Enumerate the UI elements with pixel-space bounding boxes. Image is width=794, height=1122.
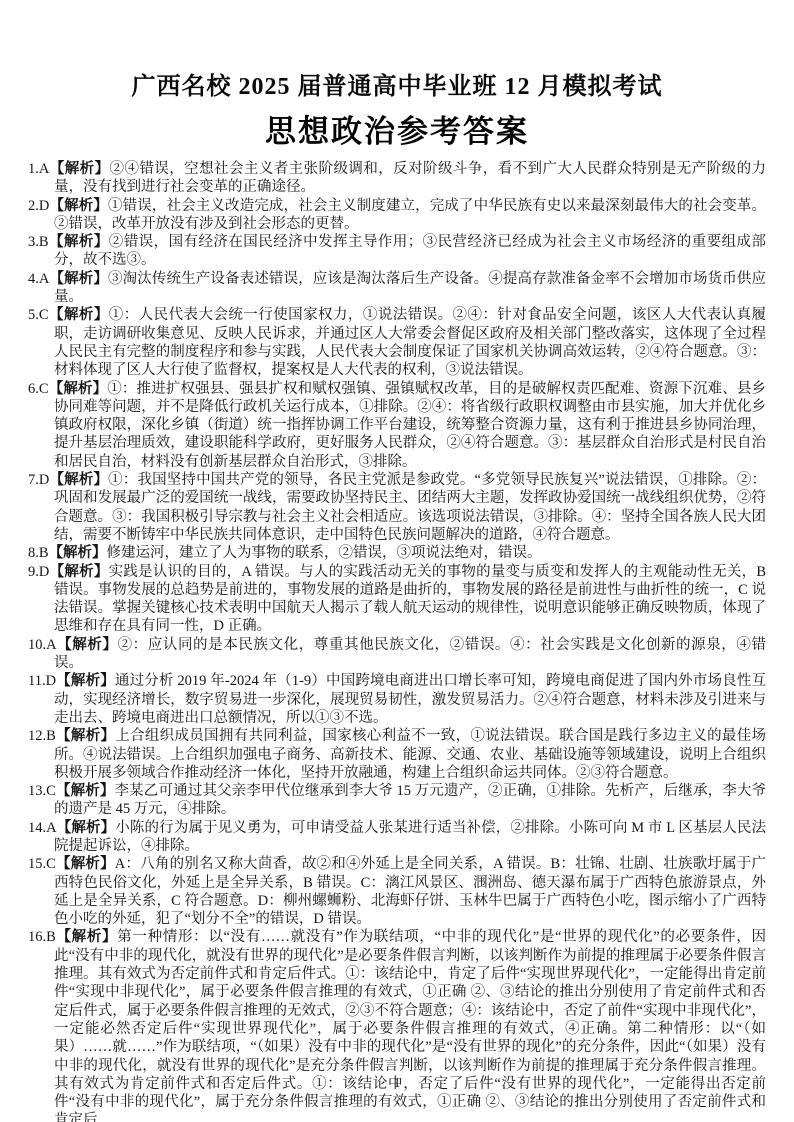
answer-number: 7.D xyxy=(28,472,49,488)
answer-number: 14.A xyxy=(28,820,57,836)
answer-number: 11.D xyxy=(28,673,56,689)
answer-number: 8.B xyxy=(28,545,49,561)
answer-text: 第一种情形：以“没有……就没有”作为联结项，“中非的现代化”是“世界的现代化”的… xyxy=(54,929,766,1122)
answer-text: 上合组织成员国拥有共同利益，国家核心利益不一致，①说法错误。联合国是践行多边主义… xyxy=(54,728,766,781)
answer-item-8: 8.B【解析】修建运河，建立了人为事物的联系，②错误，③项说法绝对，错误。 xyxy=(28,544,766,562)
analysis-marker: 【解析】 xyxy=(56,728,115,744)
answer-item-2: 2.D【解析】①错误，社会主义改造完成，社会主义制度建立，完成了中华民族有史以来… xyxy=(28,197,766,234)
answer-text: 小陈的行为属于见义勇为，可申请受益人张某进行适当补偿，②排除。小陈可向 M 市 … xyxy=(54,820,766,854)
answer-text: ②错误，国有经济在国民经济中发挥主导作用；③民营经济已经成为社会主义市场经济的重… xyxy=(54,234,766,268)
answer-item-13: 13.C【解析】李某乙可通过其父亲李甲代位继承到李大爷 15 万元遗产，②正确，… xyxy=(28,782,766,819)
answer-number: 1.A xyxy=(28,161,49,177)
analysis-marker: 【解析】 xyxy=(49,381,108,397)
answer-item-10: 10.A【解析】②：应认同的是本民族文化，尊重其他民族文化，②错误。④：社会实践… xyxy=(28,636,766,673)
answer-item-3: 3.B【解析】②错误，国有经济在国民经济中发挥主导作用；③民营经济已经成为社会主… xyxy=(28,233,766,270)
answers-list: 1.A【解析】②④错误，空想社会主义者主张阶级调和，反对阶级斗争，看不到广大人民… xyxy=(28,160,766,1122)
answer-text: ①错误，社会主义改造完成，社会主义制度建立，完成了中华民族有史以来最深刻最伟大的… xyxy=(54,198,766,232)
answer-number: 5.C xyxy=(28,307,49,323)
answer-item-15: 15.C【解析】A：八角的别名又称大茴香，故②和④外延上是全同关系，A 错误。B… xyxy=(28,855,766,928)
analysis-marker: 【解析】 xyxy=(49,198,108,214)
answer-item-12: 12.B【解析】上合组织成员国拥有共同利益，国家核心利益不一致，①说法错误。联合… xyxy=(28,727,766,782)
answer-number: 2.D xyxy=(28,198,49,214)
analysis-marker: 【解析】 xyxy=(56,929,117,945)
analysis-marker: 【解析】 xyxy=(49,472,108,488)
answer-item-6: 6.C【解析】①：推进扩权强县、强县扩权和赋权强镇、强镇赋权改革，目的是破解权责… xyxy=(28,380,766,471)
answer-number: 6.C xyxy=(28,381,49,397)
answer-text: 通过分析 2019 年-2024 年（1-9）中国跨境电商进出口增长率可知，跨境… xyxy=(54,673,766,726)
answer-item-11: 11.D【解析】通过分析 2019 年-2024 年（1-9）中国跨境电商进出口… xyxy=(28,672,766,727)
analysis-marker: 【解析】 xyxy=(56,783,115,799)
answer-item-7: 7.D【解析】①：我国坚持中国共产党的领导，各民主党派是参政党。“多党领导民族复… xyxy=(28,471,766,544)
answer-number: 10.A xyxy=(28,637,57,653)
answer-text: ①：我国坚持中国共产党的领导，各民主党派是参政党。“多党领导民族复兴”说法错误，… xyxy=(54,472,766,543)
analysis-marker: 【解析】 xyxy=(49,161,109,177)
analysis-marker: 【解析】 xyxy=(49,545,107,561)
analysis-marker: 【解析】 xyxy=(49,564,108,580)
answer-number: 3.B xyxy=(28,234,49,250)
page-title: 广西名校 2025 届普通高中毕业班 12 月模拟考试 xyxy=(28,66,766,101)
analysis-marker: 【解析】 xyxy=(56,673,115,689)
answer-item-14: 14.A【解析】小陈的行为属于见义勇为，可申请受益人张某进行适当补偿，②排除。小… xyxy=(28,819,766,856)
answer-text: ②：应认同的是本民族文化，尊重其他民族文化，②错误。④：社会实践是文化创新的源泉… xyxy=(54,637,766,671)
answer-number: 12.B xyxy=(28,728,56,744)
page-subtitle: 思想政治参考答案 xyxy=(28,106,766,151)
document-page: 广西名校 2025 届普通高中毕业班 12 月模拟考试 思想政治参考答案 1.A… xyxy=(0,0,794,1122)
analysis-marker: 【解析】 xyxy=(49,307,109,323)
answer-text: ②④错误，空想社会主义者主张阶级调和，反对阶级斗争，看不到广大人民群众特别是无产… xyxy=(54,161,766,195)
answer-text: 修建运河，建立了人为事物的联系，②错误，③项说法绝对，错误。 xyxy=(107,545,542,561)
answer-number: 4.A xyxy=(28,271,49,287)
page-content: 广西名校 2025 届普通高中毕业班 12 月模拟考试 思想政治参考答案 1.A… xyxy=(0,0,794,1122)
analysis-marker: 【解析】 xyxy=(49,271,108,287)
answer-item-9: 9.D【解析】实践是认识的目的，A 错误。与人的实践活动无关的事物的量变与质变和… xyxy=(28,563,766,636)
answer-text: 实践是认识的目的，A 错误。与人的实践活动无关的事物的量变与质变和发挥人的主观能… xyxy=(54,564,766,635)
page-number: 1 xyxy=(0,1076,794,1092)
answer-text: ①：人民代表大会统一行使国家权力，①说法错误。②④：针对食品安全问题，该区人大代… xyxy=(54,307,766,378)
analysis-marker: 【解析】 xyxy=(57,637,118,653)
answer-number: 16.B xyxy=(28,929,56,945)
answer-number: 13.C xyxy=(28,783,56,799)
answer-text: A：八角的别名又称大茴香，故②和④外延上是全同关系，A 错误。B：壮锦、壮剧、壮… xyxy=(54,856,766,927)
answer-item-1: 1.A【解析】②④错误，空想社会主义者主张阶级调和，反对阶级斗争，看不到广大人民… xyxy=(28,160,766,197)
analysis-marker: 【解析】 xyxy=(56,856,115,872)
answer-item-5: 5.C【解析】①：人民代表大会统一行使国家权力，①说法错误。②④：针对食品安全问… xyxy=(28,306,766,379)
analysis-marker: 【解析】 xyxy=(57,820,116,836)
answer-text: ③淘汰传统生产设备表述错误，应该是淘汰落后生产设备。④提高存款准备金率不会增加市… xyxy=(54,271,766,305)
answer-text: 李某乙可通过其父亲李甲代位继承到李大爷 15 万元遗产，②正确，①排除。先析产，… xyxy=(54,783,766,817)
answer-number: 15.C xyxy=(28,856,56,872)
answer-item-16: 16.B【解析】第一种情形：以“没有……就没有”作为联结项，“中非的现代化”是“… xyxy=(28,928,766,1122)
analysis-marker: 【解析】 xyxy=(49,234,109,250)
answer-number: 9.D xyxy=(28,564,49,580)
answer-text: ①：推进扩权强县、强县扩权和赋权强镇、强镇赋权改革，目的是破解权责匹配难、资源下… xyxy=(54,381,766,470)
answer-item-4: 4.A【解析】③淘汰传统生产设备表述错误，应该是淘汰落后生产设备。④提高存款准备… xyxy=(28,270,766,307)
